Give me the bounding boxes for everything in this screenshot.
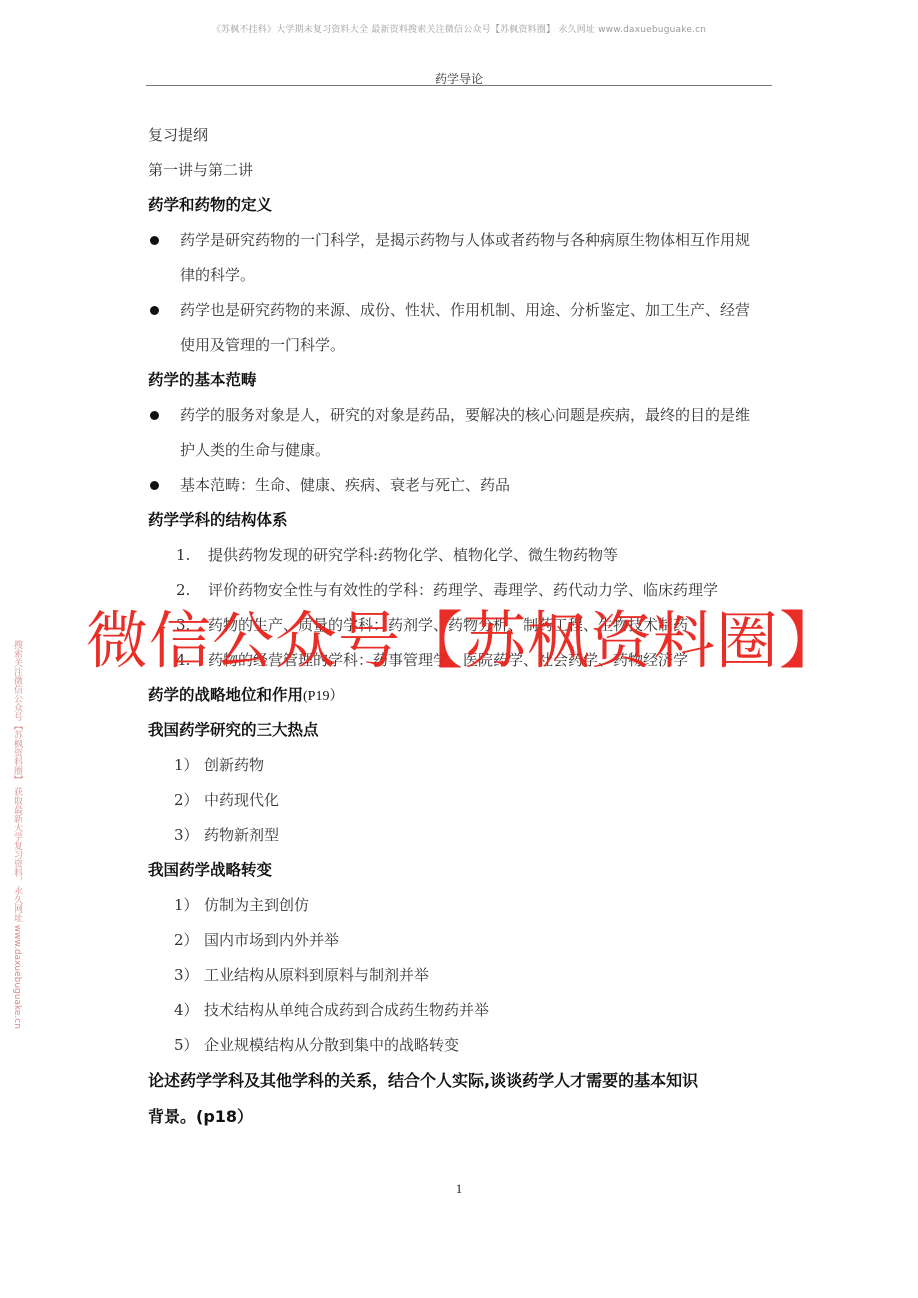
top-banner: 《苏枫不挂科》大学期末复习资料大全 最新资料搜索关注微信公众号【苏枫资料圈】 永… [0,22,918,35]
list-item: 3）药物新剂型 [148,818,788,853]
item-text: 技术结构从单纯合成药到合成药生物药并举 [204,1001,489,1019]
list-item: 1）创新药物 [148,748,788,783]
item-number: 1） [174,888,204,923]
essay-question-line1: 论述药学学科及其他学科的关系，结合个人实际,谈谈药学人才需要的基本知识 [148,1063,788,1099]
section-heading: 药学的基本范畴 [148,363,788,398]
item-text: 国内市场到内外并举 [204,931,339,949]
section-heading: 药学的战略地位和作用(P19） [148,678,788,713]
item-number: 1） [174,748,204,783]
item-text: 评价药物安全性与有效性的学科：药理学、毒理学、药代动力学、临床药理学 [208,581,718,599]
item-number: 5） [174,1028,204,1063]
item-number: 2） [174,923,204,958]
list-item: 2）国内市场到内外并举 [148,923,788,958]
section-heading: 我国药学战略转变 [148,853,788,888]
bullet-text: 基本范畴：生命、健康、疾病、衰老与死亡、药品 [180,476,510,494]
bullet-text: 药学是研究药物的一门科学，是揭示药物与人体或者药物与各种病原生物体相互作用规 [180,231,750,249]
bullet-icon [150,411,159,420]
bullet-item: 药学也是研究药物的来源、成份、性状、作用机制、用途、分析鉴定、加工生产、经营 [148,293,788,328]
list-item: 4.药物的经营管理的学科：药事管理学、医院药学、社会药学、药物经济学 [148,643,788,678]
item-number: 3） [174,958,204,993]
item-text: 提供药物发现的研究学科:药物化学、植物化学、微生物药物等 [208,546,618,564]
list-item: 1.提供药物发现的研究学科:药物化学、植物化学、微生物药物等 [148,538,788,573]
section-heading: 药学学科的结构体系 [148,503,788,538]
item-number: 3） [174,818,204,853]
essay-question-line2: 背景。(p18） [148,1099,788,1135]
bullet-item: 药学的服务对象是人，研究的对象是药品，要解决的核心问题是疾病，最终的目的是维 [148,398,788,433]
item-number: 1. [176,538,208,573]
item-text: 企业规模结构从分散到集中的战略转变 [204,1036,459,1054]
page-reference: (P19） [303,689,343,704]
bullet-continuation: 使用及管理的一门科学。 [148,328,788,363]
item-text: 药物的经营管理的学科：药事管理学、医院药学、社会药学、药物经济学 [208,651,688,669]
item-number: 4. [176,643,208,678]
bullet-item: 基本范畴：生命、健康、疾病、衰老与死亡、药品 [148,468,788,503]
section-heading: 药学和药物的定义 [148,188,788,223]
bullet-icon [150,306,159,315]
list-item: 2.评价药物安全性与有效性的学科：药理学、毒理学、药代动力学、临床药理学 [148,573,788,608]
document-body: 复习提纲 第一讲与第二讲 药学和药物的定义 药学是研究药物的一门科学，是揭示药物… [148,118,788,1135]
item-text: 工业结构从原料到原料与制剂并举 [204,966,429,984]
list-item: 4）技术结构从单纯合成药到合成药生物药并举 [148,993,788,1028]
item-text: 创新药物 [204,756,264,774]
list-item: 1）仿制为主到创仿 [148,888,788,923]
side-watermark: 搜索关注微信公众号【苏枫资料圈】 获取最新大学复习资料，永久网址 www.dax… [8,640,22,1029]
bullet-icon [150,481,159,490]
list-item: 3.药物的生产、质量的学科：药剂学、药物分析、制药工程、生物技术制药 [148,608,788,643]
section-heading: 我国药学研究的三大热点 [148,713,788,748]
list-item: 5）企业规模结构从分散到集中的战略转变 [148,1028,788,1063]
bullet-text: 药学也是研究药物的来源、成份、性状、作用机制、用途、分析鉴定、加工生产、经营 [180,301,750,319]
item-number: 3. [176,608,208,643]
list-item: 3）工业结构从原料到原料与制剂并举 [148,958,788,993]
heading-text: 药学的战略地位和作用 [148,686,303,704]
header-rule [146,85,772,86]
bullet-text: 药学的服务对象是人，研究的对象是药品，要解决的核心问题是疾病，最终的目的是维 [180,406,750,424]
bullet-item: 药学是研究药物的一门科学，是揭示药物与人体或者药物与各种病原生物体相互作用规 [148,223,788,258]
doc-title: 复习提纲 [148,118,788,153]
item-text: 药物新剂型 [204,826,279,844]
item-number: 2） [174,783,204,818]
doc-subtitle: 第一讲与第二讲 [148,153,788,188]
item-text: 仿制为主到创仿 [204,896,309,914]
bullet-icon [150,236,159,245]
list-item: 2）中药现代化 [148,783,788,818]
bullet-continuation: 护人类的生命与健康。 [148,433,788,468]
page-number: 1 [0,1181,918,1197]
item-number: 4） [174,993,204,1028]
bullet-continuation: 律的科学。 [148,258,788,293]
item-text: 药物的生产、质量的学科：药剂学、药物分析、制药工程、生物技术制药 [208,616,688,634]
item-text: 中药现代化 [204,791,279,809]
item-number: 2. [176,573,208,608]
